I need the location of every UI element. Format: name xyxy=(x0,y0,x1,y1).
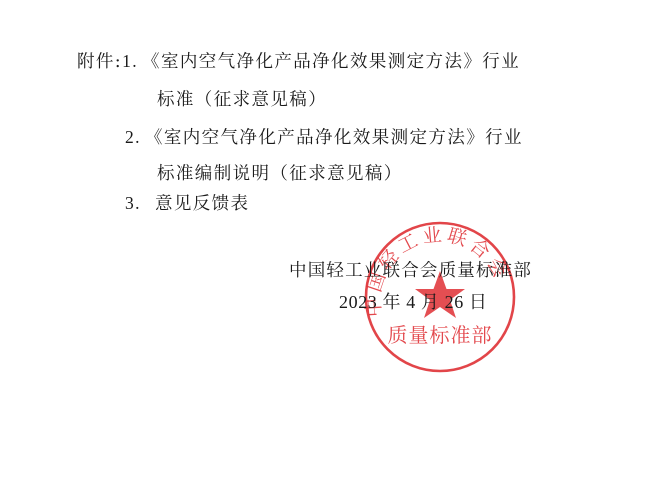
attachment-number: 2. xyxy=(125,127,141,147)
attachment-title: 《室内空气净化产品净化效果测定方法》行业 xyxy=(142,52,520,72)
attachment-number: 3. xyxy=(125,193,141,213)
attachment-item-3: 3.意见反馈表 xyxy=(125,192,249,215)
attachment-label: 附件: xyxy=(77,52,122,72)
attachment-item-2: 2.《室内空气净化产品净化效果测定方法》行业 xyxy=(125,126,523,149)
attachment-title: 意见反馈表 xyxy=(155,194,250,214)
attachment-number: 1. xyxy=(122,51,138,71)
signature-date: 2023 年 4 月 26 日 xyxy=(339,291,488,313)
attachment-item-1: 附件:1.《室内空气净化产品净化效果测定方法》行业 xyxy=(77,50,520,73)
svg-text:质量标准部: 质量标准部 xyxy=(388,323,493,347)
signature-organization: 中国轻工业联合会质量标准部 xyxy=(289,260,532,282)
attachment-item-1-cont: 标准（征求意见稿） xyxy=(157,89,327,111)
attachment-title: 《室内空气净化产品净化效果测定方法》行业 xyxy=(145,128,523,148)
attachment-title-cont: 标准编制说明（征求意见稿） xyxy=(157,164,403,184)
attachment-item-2-cont: 标准编制说明（征求意见稿） xyxy=(157,163,403,185)
attachment-title-cont: 标准（征求意见稿） xyxy=(157,90,327,110)
